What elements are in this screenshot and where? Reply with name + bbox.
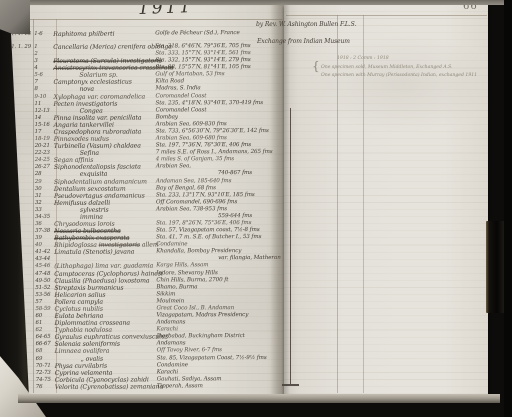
entry-number: 9-10 [34, 93, 46, 99]
entry-species: Raphitoma philberti [53, 31, 114, 38]
entry-number: 3 [34, 58, 37, 64]
entry-number: 8 [34, 86, 37, 92]
entry-number: 61 [35, 320, 42, 326]
entry-locality: Vizagapatam, Madras Presidency [156, 312, 248, 318]
entry-locality: Sta. 332, 15°7′N, 93°14′E, 279 fms [155, 57, 250, 63]
entry-locality: Chin Hills, Burma, 2700 ft [156, 277, 228, 283]
entry-number: 5-6 [34, 72, 42, 78]
entry-locality: Indore, Shevaroy Hills [156, 270, 217, 276]
entry-locality: Bhamo, Burma [156, 284, 197, 290]
entry-number: 37-38 [35, 228, 50, 234]
entry-locality: Jherbabad, Buckingham District [157, 333, 245, 339]
entry-locality: Condamine [156, 242, 187, 248]
entry-locality: Andamans [156, 319, 185, 325]
entry-locality: Khandalla, Bombay Presidency [156, 248, 241, 254]
entry-locality: Bay of Bengal, 68 fms [156, 185, 216, 191]
entry-locality: 740-867 fms [218, 170, 252, 176]
entry-number: 74-75 [36, 377, 51, 383]
entry-number: 33 [35, 207, 42, 213]
binder-clip [486, 221, 506, 313]
entry-number: 57 [35, 299, 42, 305]
entry-species: Segan affinis [54, 157, 94, 164]
bottom-page-edges [18, 394, 500, 403]
entry-number: 36 [35, 221, 42, 227]
entry-number: 34-35 [35, 214, 50, 220]
entry-species: „ ovalis [81, 355, 103, 362]
entry-number: 22-23 [35, 150, 50, 156]
ledger-scan: 1911 66 by Rev. W. Ashington Bullen F.L.… [0, 0, 512, 417]
entry-locality: Condamine [157, 362, 188, 368]
entry-number: 51-52 [35, 285, 50, 291]
entry-number: 20-21 [35, 143, 50, 149]
book-edge-right [504, 0, 512, 417]
entry-locality: Sta. 85, Vizagapatam Coast, 7½-9½ fms [157, 354, 267, 360]
entry-number: 17 [35, 129, 42, 135]
entry-locality: Sta. 57, Vizagapatam coast, 7½-8 fms [156, 227, 260, 233]
entry-locality: Moulmein [156, 298, 184, 304]
entry-locality: Off Tavoy River, 6-7 fms [157, 348, 222, 354]
fore-edge [488, 0, 505, 403]
entry-number: 4 [34, 65, 37, 71]
entry-number: 31 [35, 193, 42, 199]
cover-top-edge [0, 0, 30, 34]
entry-locality: Arabian Sea, 609-830 fms [156, 121, 227, 127]
entry-locality: Arabian Sea, 738-953 fms [156, 206, 227, 212]
entry-number: 41-42 [35, 249, 50, 255]
entry-locality: Bombay [156, 114, 178, 120]
entry-number: 45-46 [35, 263, 50, 269]
entry-locality: Sta. 235, 4°18′N, 93°40′E, 370-419 fms [156, 100, 263, 106]
entry-locality: Kilta Road [155, 79, 184, 85]
entry-number: 32 [35, 200, 42, 206]
entry-locality: Golfe de Pécheur (Sd.), France [155, 30, 239, 36]
register-rows: 1911. 1. 131-6Raphitoma philbertiGolfe d… [0, 0, 512, 417]
entry-number: 18-19 [35, 136, 50, 142]
register-row: 1911. 1. 131-6Raphitoma philbertiGolfe d… [0, 30, 279, 39]
entry-locality: Sta. 41, 7 m. S.E. of Butcher I., 53 fms [156, 234, 261, 240]
entry-number: 72-73 [36, 370, 51, 376]
gutter-shadow [270, 4, 290, 395]
entry-locality: Off Coromandel, 690-696 fms [156, 199, 237, 205]
entry-locality: 559-644 fms [218, 213, 252, 219]
entry-locality: Tipperah, Assam [157, 383, 203, 389]
entry-number: 28 [35, 171, 42, 177]
entry-number: 24-25 [35, 157, 50, 163]
entry-species: sylvestris [80, 206, 109, 213]
entry-locality: Sta. 333, 15°7′N, 93°14′E, 561 fms [155, 50, 250, 56]
entry-species: exquisita [80, 171, 108, 178]
entry-species: nova [79, 86, 94, 93]
entry-number: 40 [35, 242, 42, 248]
entry-locality: Arabian Sea, [156, 164, 191, 170]
entry-locality: Madras, S. India [155, 86, 200, 92]
entry-number: 58-59 [35, 306, 50, 312]
register-row: 76Velorita (Cyrenobatissa) zemanianaTipp… [1, 383, 281, 392]
entry-locality: Sikkim [156, 291, 175, 297]
entry-number: 70-71 [36, 362, 51, 368]
entry-number: 15-16 [35, 122, 50, 128]
entry-number: 11 [35, 101, 42, 107]
entry-locality: Sta. 197, 8°26′N, 75°36′E, 406 fms [156, 220, 251, 226]
entry-locality: Andamans [157, 341, 186, 347]
entry-number: 60 [35, 313, 42, 319]
entry-number: 29 [35, 178, 42, 184]
entry-locality: Sta. 318, 6°46′N, 79°36′E, 705 fms [155, 43, 250, 49]
entry-number: 12-13 [35, 108, 50, 114]
entry-locality: Sta. 733, 6°56′30″N, 79°26′30″E, 142 fms [156, 128, 269, 134]
entry-locality: Gulf of Martaban, 53 fms [155, 71, 224, 77]
entry-number: 69 [36, 355, 43, 361]
entry-number: 1 [34, 44, 37, 50]
entry-number: 66-67 [36, 341, 51, 347]
entry-number: 64-65 [36, 334, 51, 340]
entry-locality: Coromandel Coast [156, 107, 207, 113]
entry-locality: 4 miles S. of Ganjam, 35 fms [156, 156, 234, 162]
entry-locality: Great Coco Isl., B. Andaman [156, 305, 234, 311]
entry-locality: Karga Hills, Assam [156, 263, 208, 269]
entry-number: 30 [35, 186, 42, 192]
entry-number: 43-44 [35, 256, 50, 262]
entry-number: 53-56 [35, 292, 50, 298]
entry-species: Velorita (Cyrenobatissa) zemaniana [55, 383, 163, 390]
entry-number: 14 [35, 115, 42, 121]
entry-species: Congea [80, 107, 103, 114]
entry-number: 62 [36, 327, 43, 333]
entry-species: Sefina [80, 150, 99, 157]
entry-number: 26-27 [35, 164, 50, 170]
entry-number: 49-50 [35, 278, 50, 284]
entry-locality: Gauhati, Sadiya, Assam [157, 376, 222, 382]
entry-number: 47-48 [35, 270, 50, 276]
entry-number: 39 [35, 235, 42, 241]
entry-locality: Karachi [157, 327, 178, 333]
entry-number: 76 [36, 384, 43, 390]
entry-locality: 7 miles S.E. of Ross I., Andamans, 265 f… [156, 149, 273, 156]
entry-number: 2 [34, 51, 37, 57]
entry-number: 1-6 [34, 31, 42, 37]
entry-locality: Coromandel Coast [155, 93, 206, 99]
entry-species: immina [80, 214, 103, 221]
entry-species: Solarium sp. [79, 72, 117, 79]
entry-locality: Karachi [157, 369, 178, 375]
entry-locality: Arabian Sea, 609-680 fms [156, 135, 227, 141]
entry-locality: Sta. 197, 7°36′N, 76°30′E, 406 fms [156, 142, 251, 148]
entry-number: 7 [34, 79, 37, 85]
entry-locality: Sta. 98, 15°57′N, 81°41′E, 105 fms [155, 64, 250, 70]
entry-locality: Andaman Sea, 185-640 fms [156, 178, 232, 184]
entry-locality: Sta. 233, 13°17′N, 93°10′E, 185 fms [156, 192, 255, 198]
top-page-edges [30, 0, 504, 5]
entry-number: 68 [36, 348, 43, 354]
